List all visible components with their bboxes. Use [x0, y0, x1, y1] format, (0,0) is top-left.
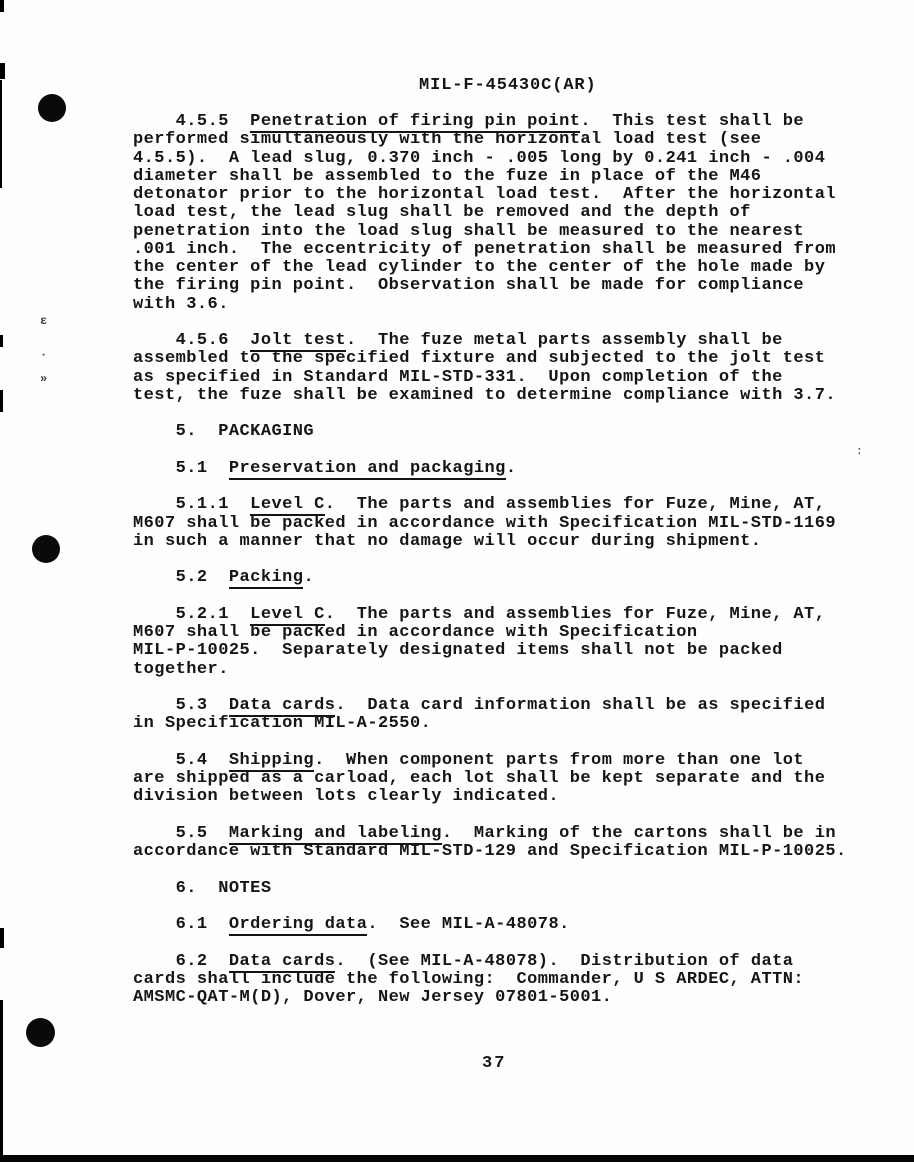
para-body: . See MIL-A-48078.	[367, 915, 569, 934]
para-lead: 5.5	[133, 824, 229, 843]
scan-edge-artifact	[0, 63, 5, 79]
paragraph-5-2-1: 5.2.1 Level C. The parts and assemblies …	[133, 606, 903, 679]
scan-edge-artifact	[0, 335, 3, 347]
scan-speck-artifact: ·	[40, 348, 47, 362]
paragraph-5-3: 5.3 Data cards. Data card information sh…	[133, 697, 903, 734]
para-lead: 6. NOTES	[133, 879, 271, 898]
paragraph-4-5-5: 4.5.5 Penetration of firing pin point. T…	[133, 113, 903, 314]
section-6-heading: 6. NOTES	[133, 880, 903, 898]
para-lead: 5.3	[133, 696, 229, 715]
paragraph-4-5-6: 4.5.6 Jolt test. The fuze metal parts as…	[133, 332, 903, 405]
para-lead: 4.5.5	[133, 112, 250, 131]
para-lead: 5.1.1	[133, 495, 250, 514]
para-lead: 5.2.1	[133, 605, 250, 624]
scan-speck-artifact: »	[40, 372, 47, 386]
punch-hole-middle	[32, 535, 60, 563]
doc-number-header: MIL-F-45430C(AR)	[419, 76, 597, 95]
para-title-underlined: Packing	[229, 568, 304, 589]
paragraph-5-1-1: 5.1.1 Level C. The parts and assemblies …	[133, 496, 903, 551]
para-lead: 5.1	[133, 459, 229, 478]
para-body: .	[506, 459, 517, 478]
paragraph-5-4: 5.4 Shipping. When component parts from …	[133, 752, 903, 807]
para-lead: 4.5.6	[133, 331, 250, 350]
scan-edge-artifact	[0, 0, 4, 12]
document-page: MIL-F-45430C(AR) 4.5.5 Penetration of fi…	[0, 0, 914, 1162]
para-lead: 5.2	[133, 568, 229, 587]
para-lead: 6.1	[133, 915, 229, 934]
document-body: 4.5.5 Penetration of firing pin point. T…	[133, 113, 903, 1026]
para-lead: 5.4	[133, 751, 229, 770]
scan-edge-artifact	[0, 390, 3, 412]
paragraph-6-1: 6.1 Ordering data. See MIL-A-48078.	[133, 916, 903, 934]
paragraph-5-1: 5.1 Preservation and packaging.	[133, 460, 903, 478]
para-lead: 6.2	[133, 952, 229, 971]
paragraph-5-2: 5.2 Packing.	[133, 569, 903, 587]
scan-speck-artifact: ε	[40, 314, 47, 328]
page-number: 37	[482, 1054, 506, 1073]
para-title-underlined: Ordering data	[229, 915, 367, 936]
para-body: . This test shall be performed simultane…	[133, 112, 836, 314]
section-5-heading: 5. PACKAGING	[133, 423, 903, 441]
para-title-underlined: Preservation and packaging	[229, 459, 506, 480]
scan-speck-artifact: :	[856, 446, 863, 458]
paragraph-6-2: 6.2 Data cards. (See MIL-A-48078). Distr…	[133, 953, 903, 1008]
para-lead: 5. PACKAGING	[133, 422, 314, 441]
scan-bottom-bar-artifact	[0, 1155, 914, 1162]
scan-edge-artifact	[0, 1000, 3, 1156]
punch-hole-bottom	[26, 1018, 55, 1047]
punch-hole-top	[38, 94, 66, 122]
para-body: .	[303, 568, 314, 587]
scan-edge-artifact	[0, 928, 4, 948]
scan-edge-artifact	[0, 80, 2, 188]
paragraph-5-5: 5.5 Marking and labeling. Marking of the…	[133, 825, 903, 862]
